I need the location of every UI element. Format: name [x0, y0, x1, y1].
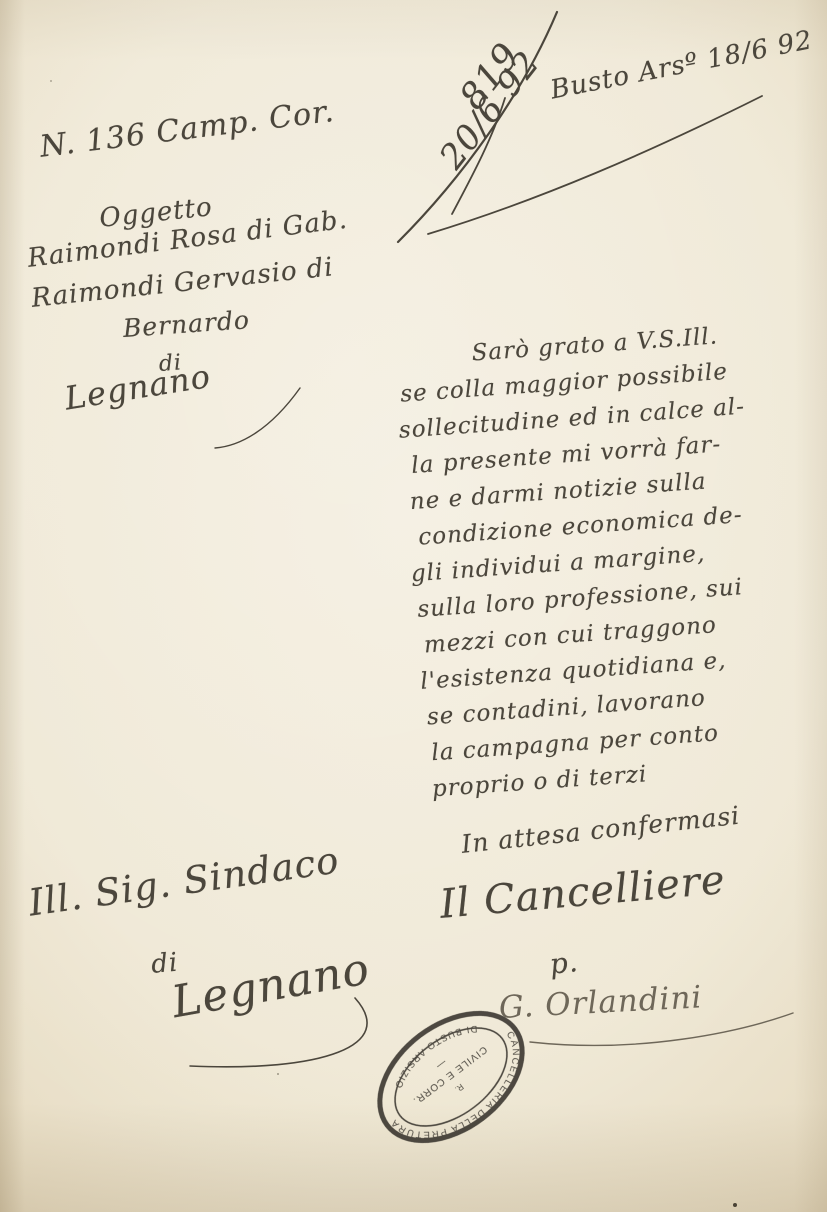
paper-speck	[50, 80, 52, 82]
subject-legnano-tail	[215, 388, 300, 448]
paper-speck	[700, 560, 702, 562]
paper-speck	[733, 1203, 737, 1207]
addressee-title: Ill. Sig. Sindaco	[26, 838, 342, 924]
closing-formula: In attesa confermasi	[460, 801, 741, 859]
scanned-letter-page: 819 20/6 92 Busto Arsº 18/6 92 N. 136 Ca…	[0, 0, 827, 1212]
subject-name-3: Bernardo	[122, 305, 251, 343]
paper-speck	[277, 1073, 279, 1075]
body-line-1: Sarò grato a V.S.Ill.	[471, 323, 719, 366]
stamp-center-top: R.	[453, 1082, 465, 1094]
dateline: Busto Arsº 18/6 92	[548, 25, 815, 105]
secondary-signature: G. Orlandini	[498, 979, 703, 1026]
per-mark: p.	[548, 945, 580, 981]
addressee-place: Legnano	[168, 943, 374, 1028]
primary-signature: Il Cancelliere	[438, 857, 727, 928]
protocol-reference: N. 136 Camp. Cor.	[38, 94, 336, 165]
addressee-di: di	[150, 948, 179, 980]
subject-place: Legnano	[62, 357, 213, 418]
letter-body: Sarò grato a V.S.Ill. se colla maggior p…	[393, 322, 772, 813]
